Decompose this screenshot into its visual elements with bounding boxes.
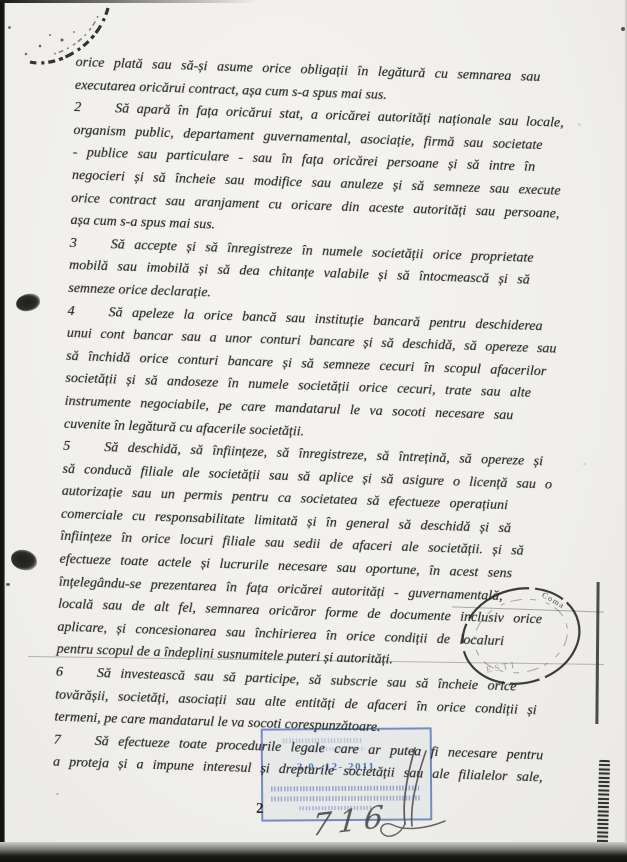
scanned-document-page: Coma ESTI 3 0 -12- 2011 orice plată sau … xyxy=(0,0,627,862)
ink-blot xyxy=(10,548,38,571)
paragraph-number: 3 xyxy=(69,233,111,257)
paragraph-number: 2 xyxy=(74,97,116,121)
edge-stamp-strip xyxy=(597,760,610,844)
paragraph-number: 5 xyxy=(63,436,105,460)
ink-blot xyxy=(15,292,41,312)
page-number: 2 xyxy=(256,801,264,818)
scan-edge-bottom xyxy=(0,842,627,862)
ink-speck xyxy=(56,793,59,795)
vertical-line-mark xyxy=(595,582,599,724)
ink-speck xyxy=(583,463,586,465)
paragraph-number: 7 xyxy=(53,729,95,753)
scan-edge-top xyxy=(0,0,260,3)
paragraph-number: 4 xyxy=(67,300,109,324)
paragraph-number: 6 xyxy=(56,662,98,686)
scan-edge-left xyxy=(0,0,5,846)
text-line-content: cuvenite în legătură cu afacerile societ… xyxy=(64,416,305,439)
text-line-content: așa cum s-a spus mai sus. xyxy=(70,213,215,233)
text-line-content: semneze orice declarație. xyxy=(68,281,211,301)
ink-speck xyxy=(6,583,10,586)
ink-speck xyxy=(578,123,581,126)
document-text: orice plată sau să-și asume orice obliga… xyxy=(53,52,566,790)
ink-speck xyxy=(8,26,11,29)
